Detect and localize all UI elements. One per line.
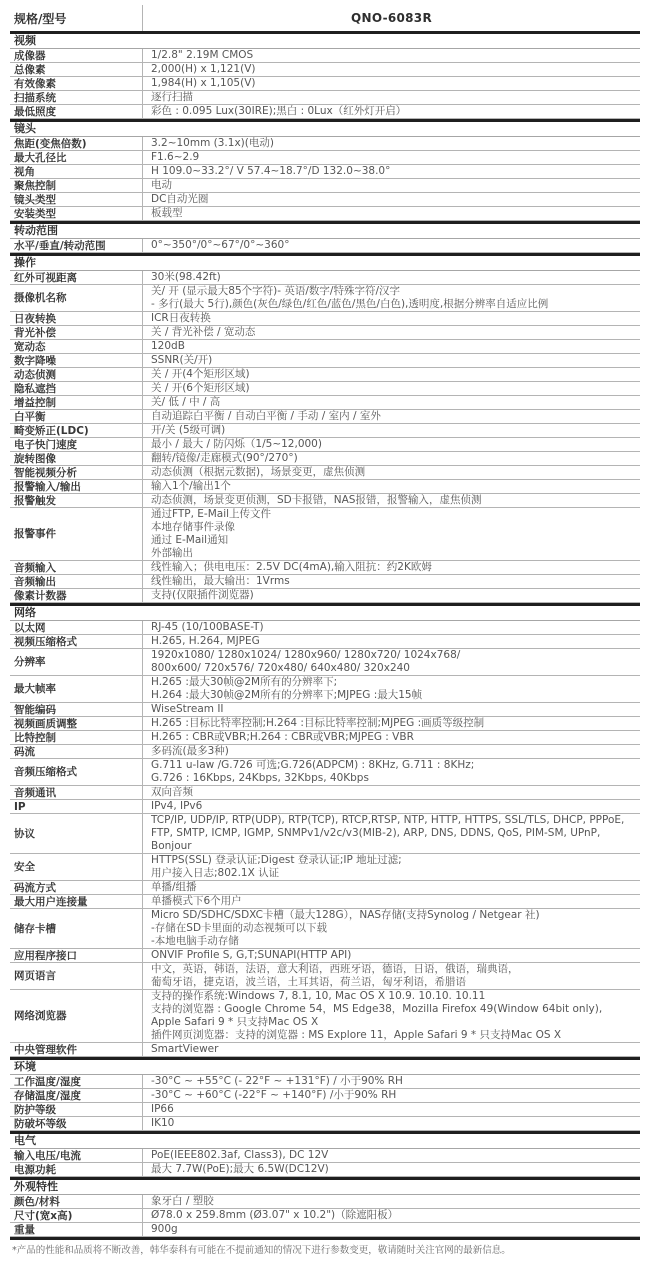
spec-label: 安全 <box>10 854 142 880</box>
spec-label: 比特控制 <box>10 731 142 744</box>
spec-value: 1,984(H) x 1,105(V) <box>142 77 640 90</box>
spec-row: 以太网RJ-45 (10/100BASE-T) <box>10 621 640 635</box>
spec-value: 单播模式下6个用户 <box>142 895 640 908</box>
spec-row: 音频输入线性输入；供电电压：2.5V DC(4mA),输入阻抗：约2K欧姆 <box>10 561 640 575</box>
spec-value: 线性输出，最大输出：1Vrms <box>142 575 640 588</box>
spec-value: H.265 :目标比特率控制;H.264 :目标比特率控制;MJPEG :画质等… <box>142 717 640 730</box>
spec-label: 聚焦控制 <box>10 179 142 192</box>
spec-label: 增益控制 <box>10 396 142 409</box>
spec-row: 码流多码流(最多3种) <box>10 745 640 759</box>
spec-row: 储存卡槽Micro SD/SDHC/SDXC卡槽（最大128G），NAS存储(支… <box>10 909 640 949</box>
spec-label: 分辨率 <box>10 649 142 675</box>
spec-value: 线性输入；供电电压：2.5V DC(4mA),输入阻抗：约2K欧姆 <box>142 561 640 574</box>
spec-value: 象牙白 / 塑胶 <box>142 1195 640 1208</box>
spec-label: 动态侦测 <box>10 368 142 381</box>
spec-row: 应用程序接口ONVIF Profile S, G,T;SUNAPI(HTTP A… <box>10 949 640 963</box>
spec-label: 背光补偿 <box>10 326 142 339</box>
spec-row: 摄像机名称关/ 开 (显示最大85个字符)- 英语/数字/特殊字符/汉字 - 多… <box>10 285 640 312</box>
spec-row: 报警触发动态侦测，场景变更侦测，SD卡报错，NAS报错，报警输入，虚焦侦测 <box>10 494 640 508</box>
spec-label: 焦距(变焦倍数) <box>10 137 142 150</box>
spec-value: Ø78.0 x 259.8mm (Ø3.07" x 10.2")（除遮阳板） <box>142 1209 640 1222</box>
spec-value: 中文，英语，韩语，法语，意大利语，西班牙语，德语，日语，俄语，瑞典语， 葡萄牙语… <box>142 963 640 989</box>
spec-value: ICR日夜转换 <box>142 312 640 325</box>
spec-label: 存储温度/湿度 <box>10 1089 142 1102</box>
spec-value: 关 / 背光补偿 / 宽动态 <box>142 326 640 339</box>
footnote: *产品的性能和品质将不断改善，韩华泰科有可能在不提前通知的情况下进行参数变更，敬… <box>10 1237 640 1257</box>
spec-value: PoE(IEEE802.3af, Class3), DC 12V <box>142 1149 640 1162</box>
spec-label: 电源功耗 <box>10 1163 142 1176</box>
spec-row: 最大孔径比F1.6~2.9 <box>10 151 640 165</box>
spec-value: IPv4, IPv6 <box>142 800 640 813</box>
spec-row: 安全HTTPS(SSL) 登录认证;Digest 登录认证;IP 地址过滤; 用… <box>10 854 640 881</box>
spec-row: 最低照度彩色 : 0.095 Lux(30IRE);黑白 : 0Lux（红外灯开… <box>10 105 640 119</box>
spec-value: ONVIF Profile S, G,T;SUNAPI(HTTP API) <box>142 949 640 962</box>
spec-value: 900g <box>142 1223 640 1236</box>
spec-row: 音频通讯双向音频 <box>10 786 640 800</box>
spec-row: 隐私遮挡关 / 开(6个矩形区域) <box>10 382 640 396</box>
spec-row: 智能视频分析动态侦测（根据元数据)，场景变更，虚焦侦测 <box>10 466 640 480</box>
spec-value: 动态侦测（根据元数据)，场景变更，虚焦侦测 <box>142 466 640 479</box>
spec-value: H 109.0~33.2°/ V 57.4~18.7°/D 132.0~38.0… <box>142 165 640 178</box>
spec-value: 通过FTP, E-Mail上传文件 本地存储事件录像 通过 E-Mail通知 外… <box>142 508 640 560</box>
spec-row: 宽动态120dB <box>10 340 640 354</box>
spec-value: 关/ 低 / 中 / 高 <box>142 396 640 409</box>
spec-label: 扫描系统 <box>10 91 142 104</box>
spec-label: 电子快门速度 <box>10 438 142 451</box>
spec-row: 扫描系统逐行扫描 <box>10 91 640 105</box>
spec-model-label: 规格/型号 <box>10 5 142 31</box>
spec-row: 音频输出线性输出，最大输出：1Vrms <box>10 575 640 589</box>
spec-value: 最大 7.7W(PoE);最大 6.5W(DC12V) <box>142 1163 640 1176</box>
spec-row: 报警输入/输出输入1个/输出1个 <box>10 480 640 494</box>
spec-value: 多码流(最多3种) <box>142 745 640 758</box>
spec-label: 摄像机名称 <box>10 285 142 311</box>
spec-label: 日夜转换 <box>10 312 142 325</box>
spec-value: F1.6~2.9 <box>142 151 640 164</box>
spec-label: 视频画质调整 <box>10 717 142 730</box>
spec-label: 网络浏览器 <box>10 990 142 1042</box>
spec-label: 码流 <box>10 745 142 758</box>
spec-value: 自动追踪白平衡 / 自动白平衡 / 手动 / 室内 / 室外 <box>142 410 640 423</box>
spec-row: 日夜转换ICR日夜转换 <box>10 312 640 326</box>
spec-label: 尺寸(宽x高) <box>10 1209 142 1222</box>
spec-row: 旋转图像翻转/镜像/走廊模式(90°/270°) <box>10 452 640 466</box>
spec-label: 隐私遮挡 <box>10 382 142 395</box>
spec-row: 畸变矫正(LDC)开/关 (5级可调) <box>10 424 640 438</box>
spec-label: 中央管理软件 <box>10 1043 142 1056</box>
spec-value: WiseStream II <box>142 703 640 716</box>
spec-row: 比特控制H.265 : CBR或VBR;H.264 : CBR或VBR;MJPE… <box>10 731 640 745</box>
spec-row: 水平/垂直/转动范围0°~350°/0°~67°/0°~360° <box>10 239 640 253</box>
spec-row: 尺寸(宽x高)Ø78.0 x 259.8mm (Ø3.07" x 10.2")（… <box>10 1209 640 1223</box>
spec-row: 工作温度/湿度-30°C ~ +55°C (- 22°F ~ +131°F) /… <box>10 1075 640 1089</box>
spec-label: 重量 <box>10 1223 142 1236</box>
spec-value: G.711 u-law /G.726 可选;G.726(ADPCM) : 8KH… <box>142 759 640 785</box>
spec-label: 镜头类型 <box>10 193 142 206</box>
spec-value: SSNR(关/开) <box>142 354 640 367</box>
spec-row: 最大用户连接量单播模式下6个用户 <box>10 895 640 909</box>
spec-row: 报警事件通过FTP, E-Mail上传文件 本地存储事件录像 通过 E-Mail… <box>10 508 640 561</box>
spec-row: 镜头类型DC自动光圈 <box>10 193 640 207</box>
spec-label: 水平/垂直/转动范围 <box>10 239 142 252</box>
spec-label: 储存卡槽 <box>10 909 142 948</box>
spec-value: IP66 <box>142 1103 640 1116</box>
spec-row: 背光补偿关 / 背光补偿 / 宽动态 <box>10 326 640 340</box>
spec-label: 音频输出 <box>10 575 142 588</box>
spec-row: 防护等级IP66 <box>10 1103 640 1117</box>
spec-label: 以太网 <box>10 621 142 634</box>
spec-row: 数字降噪SSNR(关/开) <box>10 354 640 368</box>
spec-label: 协议 <box>10 814 142 853</box>
spec-label: 白平衡 <box>10 410 142 423</box>
spec-row: 存储温度/湿度-30°C ~ +60°C (-22°F ~ +140°F) /小… <box>10 1089 640 1103</box>
spec-label: 防破坏等级 <box>10 1117 142 1130</box>
spec-label: 有效像素 <box>10 77 142 90</box>
spec-value: 板载型 <box>142 207 640 220</box>
spec-value: 电动 <box>142 179 640 192</box>
spec-row: IPIPv4, IPv6 <box>10 800 640 814</box>
spec-row: 码流方式单播/组播 <box>10 881 640 895</box>
spec-row: 防破坏等级IK10 <box>10 1117 640 1131</box>
spec-row: 聚焦控制电动 <box>10 179 640 193</box>
spec-row: 网页语言中文，英语，韩语，法语，意大利语，西班牙语，德语，日语，俄语，瑞典语， … <box>10 963 640 990</box>
spec-value: 动态侦测，场景变更侦测，SD卡报错，NAS报错，报警输入，虚焦侦测 <box>142 494 640 507</box>
spec-label: 数字降噪 <box>10 354 142 367</box>
spec-value: 翻转/镜像/走廊模式(90°/270°) <box>142 452 640 465</box>
spec-row: 视频压缩格式H.265, H.264, MJPEG <box>10 635 640 649</box>
spec-row: 音频压缩格式G.711 u-law /G.726 可选;G.726(ADPCM)… <box>10 759 640 786</box>
spec-label: 安装类型 <box>10 207 142 220</box>
spec-label: 码流方式 <box>10 881 142 894</box>
spec-label: 网页语言 <box>10 963 142 989</box>
spec-row: 中央管理软件SmartViewer <box>10 1043 640 1057</box>
spec-value: 支持(仅限插件浏览器) <box>142 589 640 602</box>
spec-value: -30°C ~ +55°C (- 22°F ~ +131°F) / 小于90% … <box>142 1075 640 1088</box>
spec-value: 120dB <box>142 340 640 353</box>
spec-value: -30°C ~ +60°C (-22°F ~ +140°F) /小于90% RH <box>142 1089 640 1102</box>
spec-label: 报警输入/输出 <box>10 480 142 493</box>
spec-row: 视角H 109.0~33.2°/ V 57.4~18.7°/D 132.0~38… <box>10 165 640 179</box>
spec-value: 彩色 : 0.095 Lux(30IRE);黑白 : 0Lux（红外灯开启） <box>142 105 640 118</box>
spec-row: 电子快门速度最小 / 最大 / 防闪烁（1/5~12,000) <box>10 438 640 452</box>
spec-label: 音频压缩格式 <box>10 759 142 785</box>
spec-row: 分辨率1920x1080/ 1280x1024/ 1280x960/ 1280x… <box>10 649 640 676</box>
spec-value: 逐行扫描 <box>142 91 640 104</box>
spec-row: 白平衡自动追踪白平衡 / 自动白平衡 / 手动 / 室内 / 室外 <box>10 410 640 424</box>
section-title: 电气 <box>10 1131 640 1149</box>
spec-value: 关 / 开(4个矩形区域) <box>142 368 640 381</box>
spec-row: 最大帧率H.265 :最大30帧@2M所有的分辨率下; H.264 :最大30帧… <box>10 676 640 703</box>
spec-label: 视频压缩格式 <box>10 635 142 648</box>
spec-value: 关/ 开 (显示最大85个字符)- 英语/数字/特殊字符/汉字 - 多行(最大 … <box>142 285 640 311</box>
spec-label: 总像素 <box>10 63 142 76</box>
section-title: 操作 <box>10 253 640 271</box>
section-title: 环境 <box>10 1057 640 1075</box>
spec-value: 关 / 开(6个矩形区域) <box>142 382 640 395</box>
spec-value: 3.2~10mm (3.1x)(电动) <box>142 137 640 150</box>
spec-label: 宽动态 <box>10 340 142 353</box>
section-title: 外观特性 <box>10 1177 640 1195</box>
spec-label: 应用程序接口 <box>10 949 142 962</box>
spec-value: SmartViewer <box>142 1043 640 1056</box>
model-number: QNO-6083R <box>142 5 640 31</box>
spec-sheet-header: 规格/型号 QNO-6083R <box>10 5 640 31</box>
spec-value: TCP/IP, UDP/IP, RTP(UDP), RTP(TCP), RTCP… <box>142 814 640 853</box>
spec-value: H.265, H.264, MJPEG <box>142 635 640 648</box>
section-title: 视频 <box>10 31 640 49</box>
spec-label: 最低照度 <box>10 105 142 118</box>
spec-label: 最大帧率 <box>10 676 142 702</box>
spec-label: 颜色/材料 <box>10 1195 142 1208</box>
spec-row: 安装类型板载型 <box>10 207 640 221</box>
spec-value: 最小 / 最大 / 防闪烁（1/5~12,000) <box>142 438 640 451</box>
spec-value: 开/关 (5级可调) <box>142 424 640 437</box>
spec-row: 智能编码WiseStream II <box>10 703 640 717</box>
spec-label: 视角 <box>10 165 142 178</box>
spec-value: Micro SD/SDHC/SDXC卡槽（最大128G），NAS存储(支持Syn… <box>142 909 640 948</box>
spec-value: IK10 <box>142 1117 640 1130</box>
spec-label: 红外可视距离 <box>10 271 142 284</box>
spec-row: 总像素2,000(H) x 1,121(V) <box>10 63 640 77</box>
spec-label: 报警事件 <box>10 508 142 560</box>
spec-value: 1/2.8" 2.19M CMOS <box>142 49 640 62</box>
spec-row: 协议TCP/IP, UDP/IP, RTP(UDP), RTP(TCP), RT… <box>10 814 640 854</box>
spec-value: H.265 : CBR或VBR;H.264 : CBR或VBR;MJPEG : … <box>142 731 640 744</box>
spec-value: RJ-45 (10/100BASE-T) <box>142 621 640 634</box>
spec-value: 双向音频 <box>142 786 640 799</box>
spec-row: 红外可视距离30米(98.42ft) <box>10 271 640 285</box>
spec-label: 像素计数器 <box>10 589 142 602</box>
spec-label: 智能编码 <box>10 703 142 716</box>
spec-row: 成像器1/2.8" 2.19M CMOS <box>10 49 640 63</box>
spec-value: DC自动光圈 <box>142 193 640 206</box>
spec-label: 报警触发 <box>10 494 142 507</box>
spec-value: 1920x1080/ 1280x1024/ 1280x960/ 1280x720… <box>142 649 640 675</box>
spec-row: 焦距(变焦倍数)3.2~10mm (3.1x)(电动) <box>10 137 640 151</box>
section-title: 网络 <box>10 603 640 621</box>
spec-row: 电源功耗最大 7.7W(PoE);最大 6.5W(DC12V) <box>10 1163 640 1177</box>
spec-label: 最大孔径比 <box>10 151 142 164</box>
spec-row: 颜色/材料象牙白 / 塑胶 <box>10 1195 640 1209</box>
spec-label: 最大用户连接量 <box>10 895 142 908</box>
spec-value: 2,000(H) x 1,121(V) <box>142 63 640 76</box>
spec-label: 智能视频分析 <box>10 466 142 479</box>
spec-label: 音频通讯 <box>10 786 142 799</box>
spec-value: 输入1个/输出1个 <box>142 480 640 493</box>
spec-label: IP <box>10 800 142 813</box>
spec-label: 成像器 <box>10 49 142 62</box>
spec-value: 30米(98.42ft) <box>142 271 640 284</box>
section-title: 转动范围 <box>10 221 640 239</box>
spec-value: 0°~350°/0°~67°/0°~360° <box>142 239 640 252</box>
spec-row: 像素计数器支持(仅限插件浏览器) <box>10 589 640 603</box>
spec-value: 支持的操作系统:Windows 7, 8.1, 10, Mac OS X 10.… <box>142 990 640 1042</box>
spec-label: 输入电压/电流 <box>10 1149 142 1162</box>
spec-label: 音频输入 <box>10 561 142 574</box>
spec-row: 网络浏览器支持的操作系统:Windows 7, 8.1, 10, Mac OS … <box>10 990 640 1043</box>
spec-row: 动态侦测关 / 开(4个矩形区域) <box>10 368 640 382</box>
section-title: 镜头 <box>10 119 640 137</box>
spec-label: 畸变矫正(LDC) <box>10 424 142 437</box>
spec-row: 重量900g <box>10 1223 640 1237</box>
spec-label: 工作温度/湿度 <box>10 1075 142 1088</box>
spec-table-body: 视频成像器1/2.8" 2.19M CMOS总像素2,000(H) x 1,12… <box>10 31 640 1237</box>
spec-label: 旋转图像 <box>10 452 142 465</box>
spec-value: H.265 :最大30帧@2M所有的分辨率下; H.264 :最大30帧@2M所… <box>142 676 640 702</box>
spec-label: 防护等级 <box>10 1103 142 1116</box>
spec-value: 单播/组播 <box>142 881 640 894</box>
spec-row: 视频画质调整H.265 :目标比特率控制;H.264 :目标比特率控制;MJPE… <box>10 717 640 731</box>
spec-row: 有效像素1,984(H) x 1,105(V) <box>10 77 640 91</box>
spec-sheet: 规格/型号 QNO-6083R 视频成像器1/2.8" 2.19M CMOS总像… <box>0 0 650 1257</box>
spec-row: 增益控制关/ 低 / 中 / 高 <box>10 396 640 410</box>
spec-value: HTTPS(SSL) 登录认证;Digest 登录认证;IP 地址过滤; 用户接… <box>142 854 640 880</box>
spec-row: 输入电压/电流PoE(IEEE802.3af, Class3), DC 12V <box>10 1149 640 1163</box>
